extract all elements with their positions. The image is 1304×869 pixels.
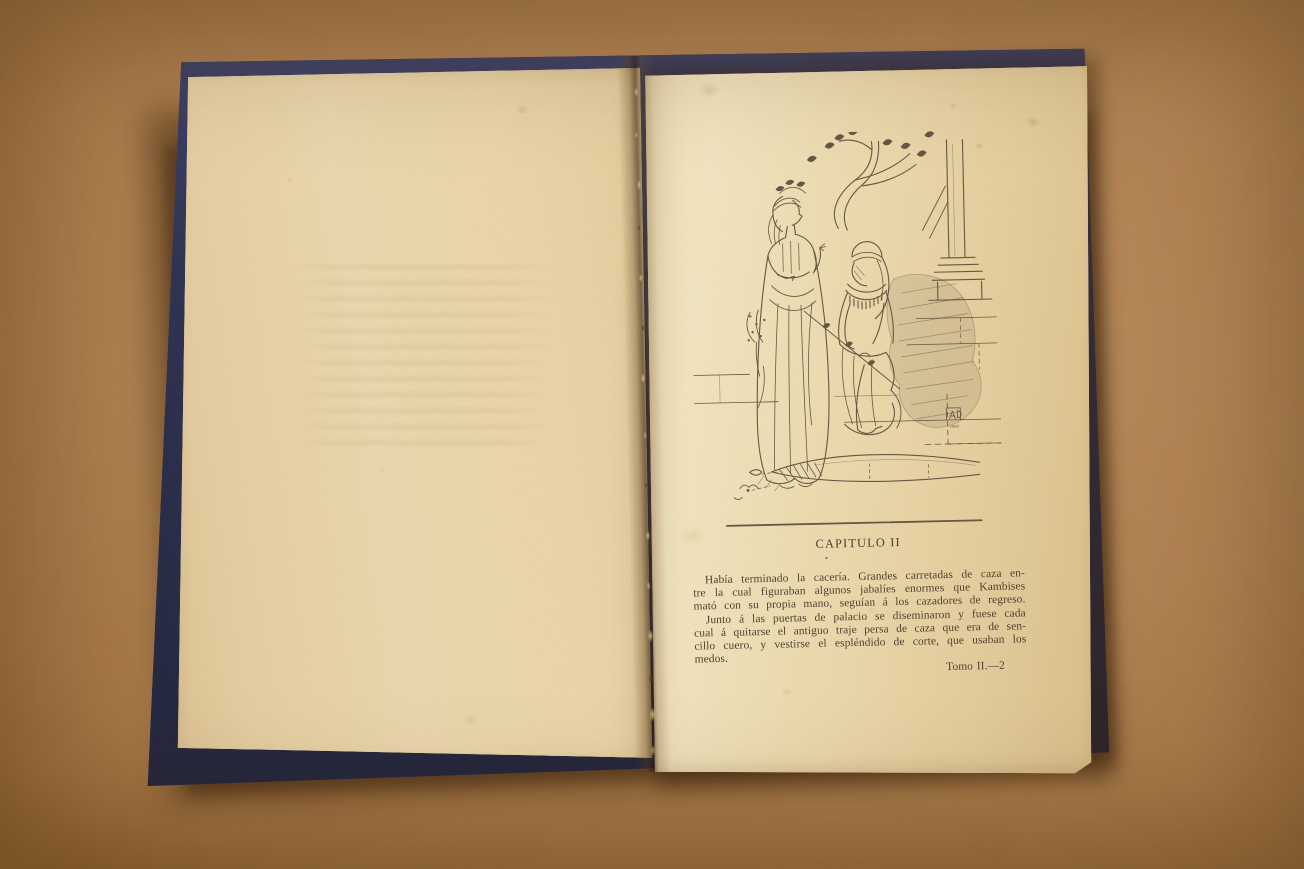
tree-branch xyxy=(806,129,936,231)
left-page-blank xyxy=(170,60,660,775)
foxing-stains-right xyxy=(635,50,1100,785)
kraft-texture-overlay xyxy=(0,0,1304,869)
monogram-year: 1898 xyxy=(950,424,960,429)
text-line: cual á quitarse el antiguo traje persa d… xyxy=(694,620,1026,640)
shadow-grotto xyxy=(886,273,982,429)
right-page: 1898 xyxy=(635,50,1100,785)
steps xyxy=(694,369,1002,450)
pond xyxy=(733,452,980,499)
right-page-shadow xyxy=(639,57,1115,790)
chapter-heading: CAPITULO II xyxy=(692,532,1024,553)
book-cover xyxy=(130,45,1115,795)
photo-grain-overlay xyxy=(0,0,1304,869)
book-gutter xyxy=(617,56,672,773)
torn-page-stubs xyxy=(617,56,672,773)
heading-ornament: • xyxy=(660,551,992,566)
text-line: Junto á las puertas de palacio se disemi… xyxy=(694,607,1026,627)
tome-page-marker: Tomo II.—2 xyxy=(695,660,1027,680)
foxing-stains-left xyxy=(170,60,660,775)
chapter-illustration: 1898 xyxy=(688,129,1017,536)
photo-of-open-book: { "colors": { "background": "#b08350", "… xyxy=(0,0,1304,869)
text-line: medos. xyxy=(695,647,1027,667)
text-line: cillo cuero, y vestirse el espléndido de… xyxy=(694,633,1026,653)
text-show-through xyxy=(288,264,556,452)
standing-woman xyxy=(751,179,831,491)
artist-monogram: 1898 xyxy=(946,408,961,429)
seated-woman xyxy=(803,241,902,436)
column-pedestal xyxy=(902,139,997,371)
photo-vignette xyxy=(0,0,1304,869)
right-page-content: 1898 xyxy=(629,45,1110,790)
text-line: mató con su propia mano, seguían á los c… xyxy=(693,594,1025,614)
text-line: tre la cual figuraban algunos jabalíes e… xyxy=(693,581,1025,601)
baseline-rule xyxy=(727,520,982,526)
book-drop-shadow xyxy=(146,80,1110,802)
text-line: Había terminado la cacería. Grandes carr… xyxy=(693,567,1025,587)
stacked-sheet-edges xyxy=(190,754,646,765)
book-contact-shadow xyxy=(164,114,1116,796)
body-paragraphs: Había terminado la cacería. Grandes carr… xyxy=(693,567,1027,680)
shrub xyxy=(747,310,767,376)
bird xyxy=(734,485,758,500)
chapter-text-block: CAPITULO II • Había terminado la cacería… xyxy=(692,532,1027,680)
